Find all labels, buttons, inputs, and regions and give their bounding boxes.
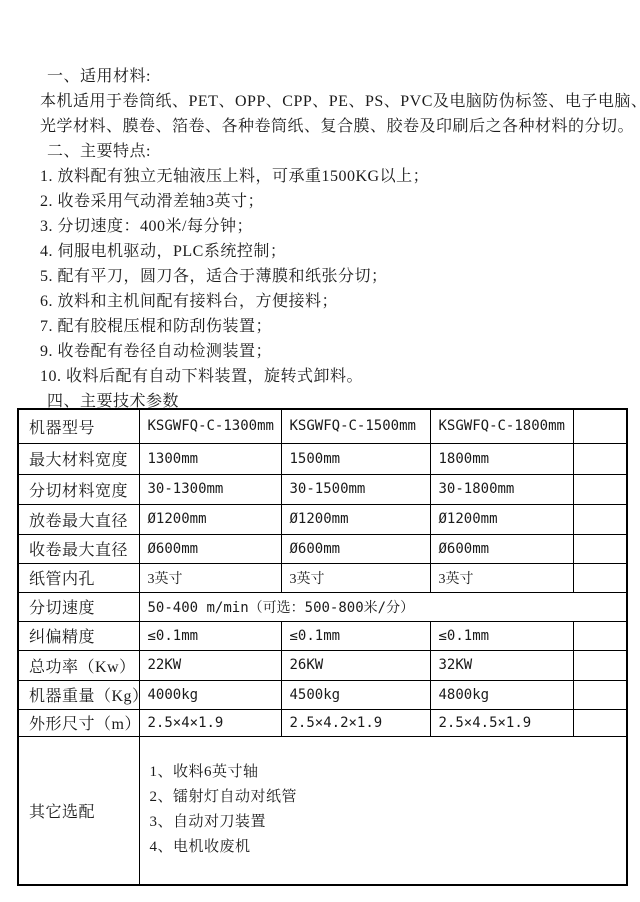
table-row-power: 总功率（Kw） 22KW 26KW 32KW [18,650,627,680]
cell-value: 4500kg [281,680,430,709]
cell-empty [573,621,627,650]
table-row-dimensions: 外形尺寸（m） 2.5×4×1.9 2.5×4.2×1.9 2.5×4.5×1.… [18,709,627,736]
cell-value: 3英寸 [139,563,281,592]
feature-item: 1. 放料配有独立无轴液压上料，可承重1500KG以上； [40,164,610,189]
cell-value: 1800mm [430,443,573,474]
cell-value: KSGWFQ-C-1500mm [281,409,430,443]
intro-text-block: 一、适用材料: 本机适用于卷筒纸、PET、OPP、CPP、PE、PS、PVC及电… [40,64,610,414]
cell-value: 4000kg [139,680,281,709]
cell-value: Ø600mm [281,534,430,563]
cell-value: 3英寸 [281,563,430,592]
cell-value: 2.5×4×1.9 [139,709,281,736]
row-label: 分切材料宽度 [18,474,139,504]
table-row-model: 机器型号 KSGWFQ-C-1300mm KSGWFQ-C-1500mm KSG… [18,409,627,443]
cell-value: 26KW [281,650,430,680]
row-label: 纸管内孔 [18,563,139,592]
cell-value: Ø1200mm [281,504,430,534]
row-label: 收卷最大直径 [18,534,139,563]
table-row-unwind-dia: 放卷最大直径 Ø1200mm Ø1200mm Ø1200mm [18,504,627,534]
cell-value: 2.5×4.5×1.9 [430,709,573,736]
materials-paragraph-line: 光学材料、膜卷、箔卷、各种卷筒纸、复合膜、胶卷及印刷后之各种材料的分切。 [40,114,610,139]
option-item: 1、收料6英寸轴 [140,760,627,785]
table-row-slit-width: 分切材料宽度 30-1300mm 30-1500mm 30-1800mm [18,474,627,504]
cell-value: 32KW [430,650,573,680]
cell-value: Ø1200mm [139,504,281,534]
feature-item: 2. 收卷采用气动滑差轴3英寸； [40,189,610,214]
cell-value: ≤0.1mm [281,621,430,650]
cell-value-span: 50-400 m/min（可选：500-800米/分） [139,592,627,621]
cell-value: 22KW [139,650,281,680]
cell-value: 4800kg [430,680,573,709]
cell-value: 2.5×4.2×1.9 [281,709,430,736]
row-label: 放卷最大直径 [18,504,139,534]
table-row-options: 其它选配 1、收料6英寸轴 2、镭射灯自动对纸管 3、自动对刀装置 4、电机收废… [18,736,627,885]
row-label: 纠偏精度 [18,621,139,650]
section-heading-features: 二、主要特点: [40,139,610,164]
cell-empty [573,474,627,504]
row-label: 总功率（Kw） [18,650,139,680]
spec-table: 机器型号 KSGWFQ-C-1300mm KSGWFQ-C-1500mm KSG… [17,408,628,886]
feature-item: 4. 伺服电机驱动，PLC系统控制； [40,239,610,264]
option-item: 3、自动对刀装置 [140,810,627,835]
row-label: 最大材料宽度 [18,443,139,474]
feature-item: 6. 放料和主机间配有接料台，方便接料； [40,289,610,314]
table-row-rewind-dia: 收卷最大直径 Ø600mm Ø600mm Ø600mm [18,534,627,563]
row-label: 其它选配 [18,736,139,885]
option-item: 4、电机收废机 [140,835,627,860]
table-row-deviation: 纠偏精度 ≤0.1mm ≤0.1mm ≤0.1mm [18,621,627,650]
cell-empty [573,650,627,680]
cell-value: KSGWFQ-C-1300mm [139,409,281,443]
feature-item: 7. 配有胶棍压棍和防刮伤装置； [40,314,610,339]
feature-item: 9. 收卷配有卷径自动检测装置； [40,339,610,364]
table-row-max-width: 最大材料宽度 1300mm 1500mm 1800mm [18,443,627,474]
cell-empty [573,443,627,474]
options-cell: 1、收料6英寸轴 2、镭射灯自动对纸管 3、自动对刀装置 4、电机收废机 [139,736,627,885]
cell-value: Ø1200mm [430,504,573,534]
table-row-core-bore: 纸管内孔 3英寸 3英寸 3英寸 [18,563,627,592]
cell-empty [573,709,627,736]
cell-value: KSGWFQ-C-1800mm [430,409,573,443]
cell-empty [573,680,627,709]
cell-empty [573,504,627,534]
row-label: 机器型号 [18,409,139,443]
feature-item: 10. 收料后配有自动下料装置，旋转式卸料。 [40,364,610,389]
feature-item: 3. 分切速度：400米/每分钟； [40,214,610,239]
table-row-speed: 分切速度 50-400 m/min（可选：500-800米/分） [18,592,627,621]
row-label: 外形尺寸（m） [18,709,139,736]
section-heading-materials: 一、适用材料: [40,64,610,89]
cell-value: 30-1500mm [281,474,430,504]
cell-value: 3英寸 [430,563,573,592]
cell-value: 30-1300mm [139,474,281,504]
materials-paragraph-line: 本机适用于卷筒纸、PET、OPP、CPP、PE、PS、PVC及电脑防伪标签、电子… [40,89,610,114]
cell-value: Ø600mm [430,534,573,563]
option-item: 2、镭射灯自动对纸管 [140,785,627,810]
cell-empty [573,563,627,592]
table-row-weight: 机器重量（Kg） 4000kg 4500kg 4800kg [18,680,627,709]
document-page: 一、适用材料: 本机适用于卷筒纸、PET、OPP、CPP、PE、PS、PVC及电… [0,0,640,902]
cell-value: ≤0.1mm [430,621,573,650]
feature-item: 5. 配有平刀，圆刀各，适合于薄膜和纸张分切； [40,264,610,289]
row-label: 分切速度 [18,592,139,621]
cell-value: 1500mm [281,443,430,474]
cell-empty [573,534,627,563]
cell-value: Ø600mm [139,534,281,563]
row-label: 机器重量（Kg） [18,680,139,709]
cell-value: 30-1800mm [430,474,573,504]
cell-empty [573,409,627,443]
cell-value: 1300mm [139,443,281,474]
cell-value: ≤0.1mm [139,621,281,650]
